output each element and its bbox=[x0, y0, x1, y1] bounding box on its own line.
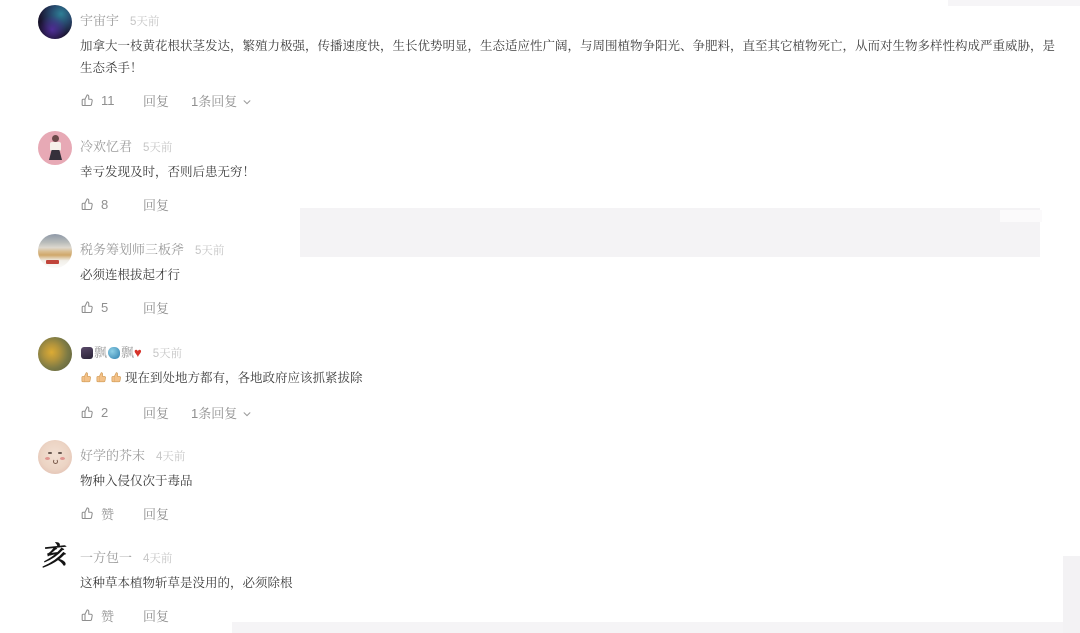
like-button[interactable]: 8 bbox=[80, 197, 138, 212]
like-count: 11 bbox=[101, 93, 115, 108]
like-count: 5 bbox=[101, 300, 108, 315]
reply-button[interactable]: 回复 bbox=[143, 403, 169, 422]
comment-item: 飘飘♥ 5天前 现在到处地方都有，各地政府应该抓紧拔除 2 回复 1条回复 bbox=[0, 337, 1080, 422]
avatar-face bbox=[53, 459, 58, 464]
thumbs-up-emoji bbox=[110, 369, 123, 391]
username[interactable]: 宇宙宇 bbox=[80, 10, 119, 29]
avatar-figure bbox=[49, 150, 62, 160]
comment-text: 物种入侵仅次于毒品 bbox=[80, 470, 1060, 492]
comment-item: 宇宙宇 5天前 加拿大一枝黄花根状茎发达，繁殖力极强，传播速度快，生长优势明显，… bbox=[0, 5, 1080, 110]
like-button[interactable]: 赞 bbox=[80, 606, 138, 625]
like-button[interactable]: 11 bbox=[80, 93, 138, 108]
avatar[interactable] bbox=[38, 337, 72, 371]
avatar-face bbox=[48, 452, 52, 454]
comment-timestamp: 4天前 bbox=[143, 550, 172, 566]
avatar-face bbox=[58, 452, 62, 454]
avatar-calligraphy-glyph: 亥 bbox=[40, 542, 69, 570]
like-count: 2 bbox=[101, 405, 108, 420]
reply-button[interactable]: 回复 bbox=[143, 91, 169, 110]
username[interactable]: 一方包一 bbox=[80, 547, 132, 566]
comment-item: 亥 一方包一 4天前 这种草本植物斩草是没用的，必须除根 赞 回复 bbox=[0, 542, 1080, 625]
thumbs-up-icon bbox=[80, 405, 95, 420]
view-replies-button[interactable]: 1条回复 bbox=[191, 403, 252, 422]
avatar[interactable] bbox=[38, 131, 72, 165]
avatar-face bbox=[60, 457, 65, 460]
thumbs-up-icon bbox=[80, 608, 95, 623]
blue-charm-emoji bbox=[108, 347, 120, 359]
comment-text: 加拿大一枝黄花根状茎发达，繁殖力极强，传播速度快，生长优势明显，生态适应性广阔，… bbox=[80, 35, 1060, 79]
avatar[interactable] bbox=[38, 5, 72, 39]
comment-timestamp: 5天前 bbox=[130, 13, 159, 29]
thumbs-up-icon bbox=[80, 300, 95, 315]
comment-item: 冷欢忆君 5天前 幸亏发现及时，否则后患无穷！ 8 回复 bbox=[0, 131, 1080, 214]
username[interactable]: 飘飘♥ bbox=[80, 342, 142, 361]
username[interactable]: 税务筹划师三板斧 bbox=[80, 239, 184, 258]
avatar[interactable] bbox=[38, 234, 72, 268]
comment-timestamp: 5天前 bbox=[153, 345, 182, 361]
avatar-figure bbox=[52, 135, 59, 142]
avatar[interactable] bbox=[38, 440, 72, 474]
like-button[interactable]: 5 bbox=[80, 300, 138, 315]
comment-timestamp: 5天前 bbox=[143, 139, 172, 155]
view-replies-label: 1条回复 bbox=[191, 91, 237, 110]
reply-button[interactable]: 回复 bbox=[143, 606, 169, 625]
reply-button[interactable]: 回复 bbox=[143, 195, 169, 214]
comment-text: 现在到处地方都有，各地政府应该抓紧拔除 bbox=[80, 367, 1060, 391]
chevron-down-icon bbox=[242, 409, 252, 419]
comment-text: 幸亏发现及时，否则后患无穷！ bbox=[80, 161, 1060, 183]
comment-item: 税务筹划师三板斧 5天前 必须连根拔起才行 5 回复 bbox=[0, 234, 1080, 317]
chevron-down-icon bbox=[242, 97, 252, 107]
thumbs-up-icon bbox=[80, 506, 95, 521]
red-heart-icon: ♥ bbox=[134, 345, 142, 360]
comment-timestamp: 5天前 bbox=[195, 242, 224, 258]
comment-text: 这种草本植物斩草是没用的，必须除根 bbox=[80, 572, 1060, 594]
avatar-figure bbox=[50, 142, 61, 151]
avatar-detail bbox=[46, 260, 59, 264]
thumbs-up-emoji bbox=[80, 369, 93, 391]
thumbs-up-emoji bbox=[95, 369, 108, 391]
like-button[interactable]: 赞 bbox=[80, 504, 138, 523]
reply-button[interactable]: 回复 bbox=[143, 298, 169, 317]
avatar-face bbox=[45, 457, 50, 460]
username[interactable]: 冷欢忆君 bbox=[80, 136, 132, 155]
thumbs-up-icon bbox=[80, 197, 95, 212]
thumbs-up-icon bbox=[80, 93, 95, 108]
like-button[interactable]: 2 bbox=[80, 405, 138, 420]
avatar[interactable]: 亥 bbox=[38, 542, 72, 576]
dark-charm-emoji bbox=[81, 347, 93, 359]
like-count: 赞 bbox=[101, 606, 114, 625]
like-count: 赞 bbox=[101, 504, 114, 523]
like-count: 8 bbox=[101, 197, 108, 212]
comment-item: 好学的芥末 4天前 物种入侵仅次于毒品 赞 回复 bbox=[0, 440, 1080, 523]
comment-timestamp: 4天前 bbox=[156, 448, 185, 464]
comment-text: 必须连根拔起才行 bbox=[80, 264, 1060, 286]
reply-button[interactable]: 回复 bbox=[143, 504, 169, 523]
view-replies-button[interactable]: 1条回复 bbox=[191, 91, 252, 110]
username[interactable]: 好学的芥末 bbox=[80, 445, 145, 464]
view-replies-label: 1条回复 bbox=[191, 403, 237, 422]
